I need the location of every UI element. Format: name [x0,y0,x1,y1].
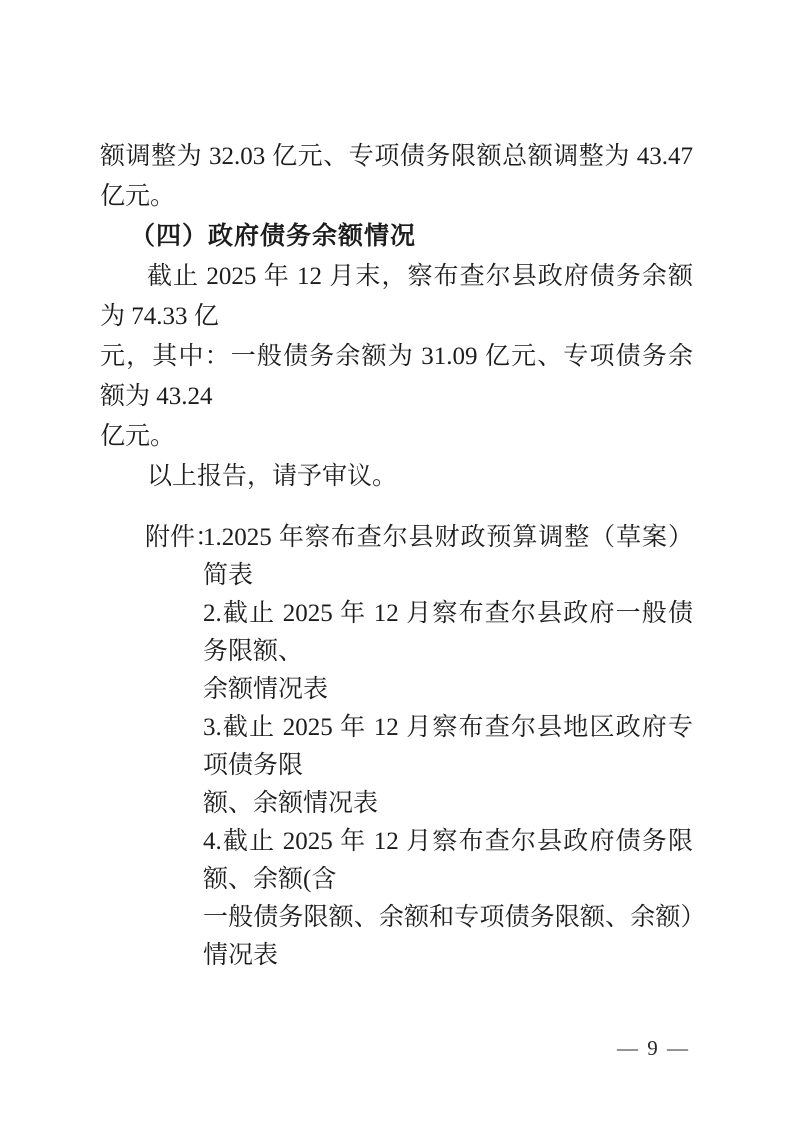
closing-line: 以上报告，请予审议。 [100,457,693,497]
section-heading: （四）政府债务余额情况 [100,217,693,257]
attachments-label: 附件： [145,519,220,557]
attachment-item-3-line-2: 额、余额情况表 [203,785,693,823]
attachments-block: 附件： 1.2025 年察布查尔县财政预算调整（草案）简表 2.截止 2025 … [100,519,693,975]
debt-balance-line-1: 截止 2025 年 12 月末，察布查尔县政府债务余额为 74.33 亿 [100,257,693,337]
attachment-item-1: 1.2025 年察布查尔县财政预算调整（草案）简表 [203,519,693,595]
debt-balance-line-2: 元，其中：一般债务余额为 31.09 亿元、专项债务余额为 43.24 [100,337,693,417]
page-number: — 9 — [0,1036,690,1061]
attachment-item-4-line-1: 4.截止 2025 年 12 月察布查尔县政府债务限额、余额(含 [203,823,693,899]
debt-balance-line-3: 亿元。 [100,417,693,457]
attachments-list: 1.2025 年察布查尔县财政预算调整（草案）简表 2.截止 2025 年 12… [203,519,693,975]
attachment-item-4-line-2: 一般债务限额、余额和专项债务限额、余额）情况表 [203,899,693,975]
attachment-item-2-line-1: 2.截止 2025 年 12 月察布查尔县政府一般债务限额、 [203,595,693,671]
document-page: 额调整为 32.03 亿元、专项债务限额总额调整为 43.47 亿元。 （四）政… [0,0,793,1122]
paragraph-continuation-line: 额调整为 32.03 亿元、专项债务限额总额调整为 43.47 亿元。 [100,137,693,217]
attachment-item-3-line-1: 3.截止 2025 年 12 月察布查尔县地区政府专项债务限 [203,709,693,785]
document-body: 额调整为 32.03 亿元、专项债务限额总额调整为 43.47 亿元。 （四）政… [100,137,693,975]
attachment-item-2-line-2: 余额情况表 [203,671,693,709]
